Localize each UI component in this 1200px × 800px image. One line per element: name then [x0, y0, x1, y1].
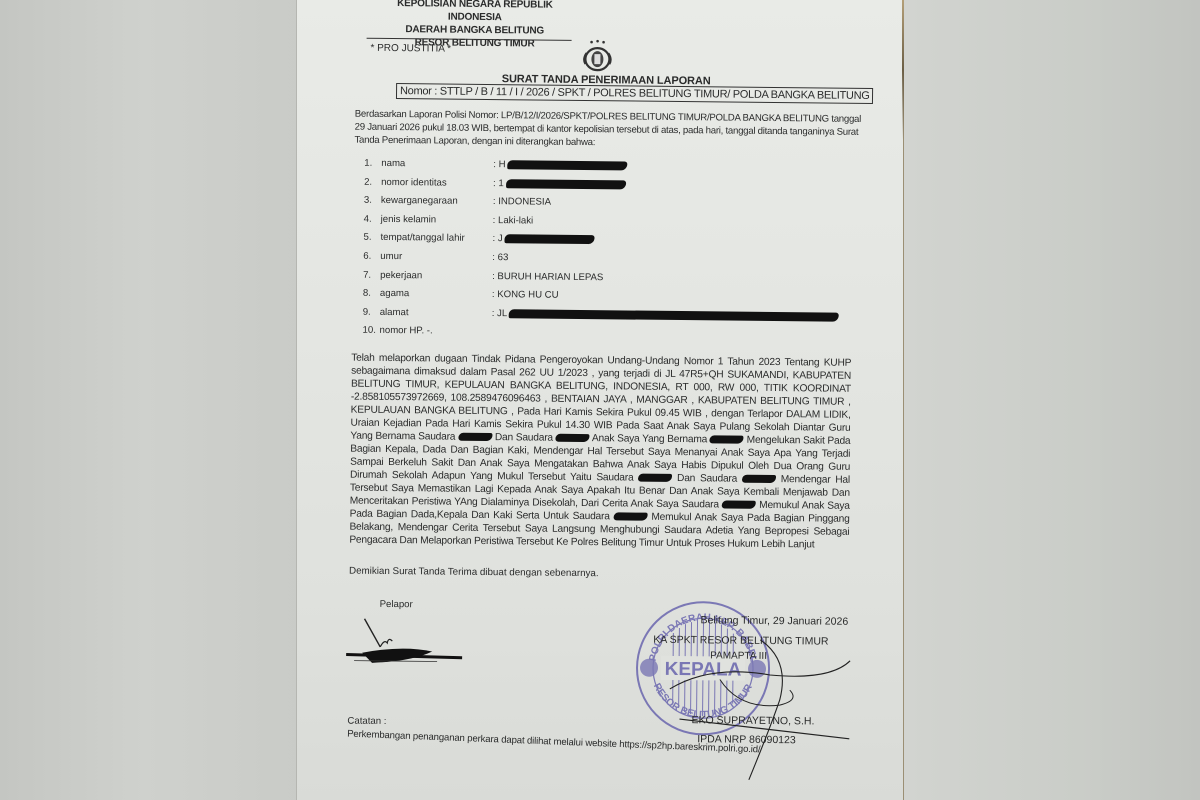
- identity-value: : INDONESIA: [493, 196, 551, 208]
- redaction-mark: [458, 433, 492, 441]
- redaction-mark: [506, 179, 626, 189]
- identity-number: 10.: [362, 325, 378, 336]
- reporter-signature-redacted: [342, 613, 473, 674]
- identity-label: nomor identitas: [381, 176, 447, 188]
- identity-number: 7.: [363, 269, 379, 280]
- identity-label: nomor HP. -.: [379, 325, 432, 337]
- agency-line-1: KEPOLISIAN NEGARA REPUBLIK INDONESIA: [370, 0, 580, 25]
- identity-number: 4.: [364, 213, 380, 224]
- identity-value-text: : H: [493, 159, 505, 170]
- identity-number: 1.: [364, 158, 380, 169]
- identity-value-text: : J: [492, 233, 502, 244]
- identity-label: nama: [381, 158, 405, 169]
- identity-value: : Laki-laki: [493, 215, 534, 226]
- closing-statement: Demikian Surat Tanda Terima dibuat denga…: [349, 566, 599, 580]
- identity-value: : 63: [492, 252, 508, 263]
- report-body-segment: Telah melaporkan dugaan Tindak Pidana Pe…: [350, 353, 851, 443]
- identity-number: 3.: [364, 195, 380, 206]
- identity-number: 2.: [364, 176, 380, 187]
- identity-value-text: : Laki-laki: [493, 215, 534, 226]
- report-body-segment: Dan Saudara: [677, 473, 737, 485]
- notes-label: Catatan :: [347, 716, 386, 727]
- paper-edge-shadow: [902, 0, 904, 140]
- redaction-mark: [742, 475, 776, 483]
- identity-number: 5.: [363, 232, 379, 243]
- identity-value-text: : KONG HU CU: [492, 289, 559, 301]
- reporter-label: Pelapor: [380, 599, 413, 610]
- identity-number: 8.: [363, 288, 379, 299]
- redaction-mark: [638, 474, 672, 482]
- identity-value: : J: [492, 233, 594, 245]
- identity-value-text: : JL: [492, 308, 508, 319]
- report-body-segment: Anak Saya Yang Bernama: [592, 433, 707, 445]
- identity-value: : JL: [492, 308, 840, 323]
- identity-value: : H: [493, 159, 627, 171]
- identity-label: pekerjaan: [380, 269, 422, 280]
- officer-signature: [649, 619, 861, 791]
- document-paper: KEPOLISIAN NEGARA REPUBLIK INDONESIA DAE…: [297, 0, 903, 800]
- identity-number: 6.: [363, 251, 379, 262]
- intro-paragraph: Berdasarkan Laporan Polisi Nomor: LP/B/1…: [354, 108, 864, 152]
- redaction-mark: [556, 434, 590, 442]
- identity-list: 1.nama: H2.nomor identitas: 13.kewargane…: [351, 158, 823, 349]
- identity-label: alamat: [380, 307, 409, 318]
- background-right: [902, 0, 1200, 800]
- identity-value-text: : INDONESIA: [493, 196, 551, 208]
- identity-label: agama: [380, 288, 409, 299]
- pro-justitia-label: * PRO JUSTITIA *: [370, 43, 451, 55]
- redaction-mark: [722, 501, 756, 509]
- document-content: KEPOLISIAN NEGARA REPUBLIK INDONESIA DAE…: [297, 0, 903, 800]
- identity-value-text: : BURUH HARIAN LEPAS: [492, 271, 603, 283]
- report-body: Telah melaporkan dugaan Tindak Pidana Pe…: [349, 352, 851, 552]
- identity-value-text: : 1: [493, 178, 504, 189]
- identity-value-text: : 63: [492, 252, 508, 263]
- identity-label: kewarganegaraan: [381, 195, 458, 207]
- identity-label: umur: [380, 251, 402, 262]
- report-body-segment: Dan Saudara: [495, 432, 553, 444]
- identity-label: jenis kelamin: [381, 214, 437, 226]
- redaction-mark: [509, 309, 839, 321]
- identity-label: tempat/tanggal lahir: [380, 232, 464, 244]
- redaction-mark: [508, 160, 628, 170]
- identity-value: : 1: [493, 178, 626, 190]
- identity-value: : BURUH HARIAN LEPAS: [492, 271, 603, 283]
- identity-row: 10.nomor HP. -.: [351, 325, 821, 349]
- police-emblem-icon: [582, 39, 612, 73]
- identity-number: 9.: [363, 306, 379, 317]
- identity-value: : KONG HU CU: [492, 289, 559, 301]
- redaction-mark: [505, 235, 595, 245]
- redaction-mark: [710, 436, 744, 444]
- redaction-mark: [614, 513, 648, 521]
